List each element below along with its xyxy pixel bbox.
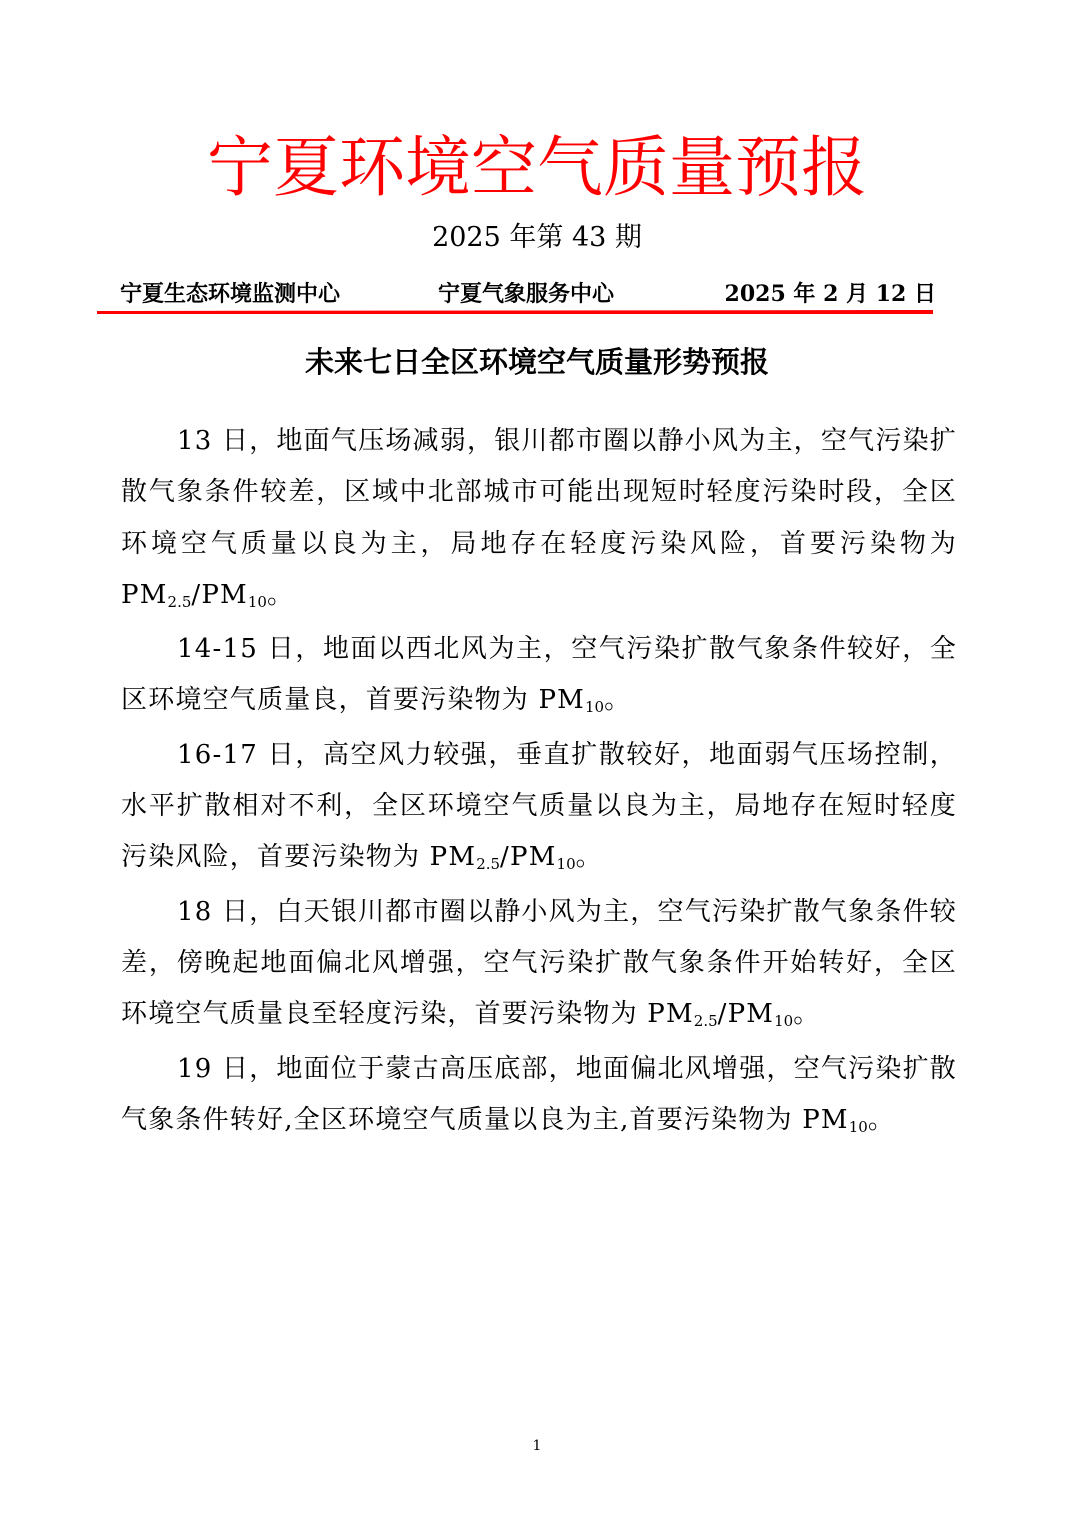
forecast-paragraph: 13 日，地面气压场减弱，银川都市圈以静小风为主，空气污染扩散气象条件较差，区域… <box>121 416 957 624</box>
subscript: 2.5 <box>168 593 192 611</box>
masthead-title: 宁夏环境空气质量预报 <box>0 128 1074 208</box>
paragraph-text: 14-15 日，地面以西北风为主，空气污染扩散气象条件较好，全区环境空气质量良，… <box>121 634 957 715</box>
forecast-body: 13 日，地面气压场减弱，银川都市圈以静小风为主，空气污染扩散气象条件较差，区域… <box>121 416 957 1149</box>
paragraph-text: /PM <box>500 842 556 872</box>
subscript: 10 <box>585 698 604 716</box>
paragraph-text: /PM <box>191 580 247 610</box>
subscript: 10 <box>849 1118 868 1136</box>
forecast-paragraph: 19 日，地面位于蒙古高压底部，地面偏北风增强，空气污染扩散气象条件转好,全区环… <box>121 1044 957 1150</box>
issuer-row: 宁夏生态环境监测中心 宁夏气象服务中心 2025 年 2 月 12 日 <box>120 276 936 312</box>
paragraph-text: 19 日，地面位于蒙古高压底部，地面偏北风增强，空气污染扩散气象条件转好,全区环… <box>121 1054 957 1135</box>
issuer-ecology-center: 宁夏生态环境监测中心 <box>120 276 340 312</box>
paragraph-text: 。 <box>576 842 603 872</box>
paragraph-text: 18 日，白天银川都市圈以静小风为主，空气污染扩散气象条件较差，傍晚起地面偏北风… <box>121 897 957 1030</box>
paragraph-text: /PM <box>718 999 774 1029</box>
subscript: 10 <box>557 855 576 873</box>
paragraph-text: 。 <box>267 580 294 610</box>
document-page: 宁夏环境空气质量预报 2025 年第 43 期 宁夏生态环境监测中心 宁夏气象服… <box>0 0 1074 1520</box>
subscript: 10 <box>774 1012 793 1030</box>
forecast-paragraph: 16-17 日，高空风力较强，垂直扩散较好，地面弱气压场控制，水平扩散相对不利，… <box>121 730 957 887</box>
section-title: 未来七日全区环境空气质量形势预报 <box>0 340 1074 384</box>
issue-date: 2025 年 2 月 12 日 <box>725 276 936 312</box>
page-number: 1 <box>0 1436 1074 1456</box>
subscript: 2.5 <box>694 1012 718 1030</box>
issuer-meteorology-center: 宁夏气象服务中心 <box>438 276 614 312</box>
paragraph-text: 。 <box>604 685 631 715</box>
issue-number: 2025 年第 43 期 <box>0 218 1074 258</box>
paragraph-text: 。 <box>868 1105 895 1135</box>
subscript: 2.5 <box>476 855 500 873</box>
forecast-paragraph: 18 日，白天银川都市圈以静小风为主，空气污染扩散气象条件较差，傍晚起地面偏北风… <box>121 887 957 1044</box>
subscript: 10 <box>248 593 267 611</box>
paragraph-text: 。 <box>793 999 820 1029</box>
forecast-paragraph: 14-15 日，地面以西北风为主，空气污染扩散气象条件较好，全区环境空气质量良，… <box>121 624 957 730</box>
